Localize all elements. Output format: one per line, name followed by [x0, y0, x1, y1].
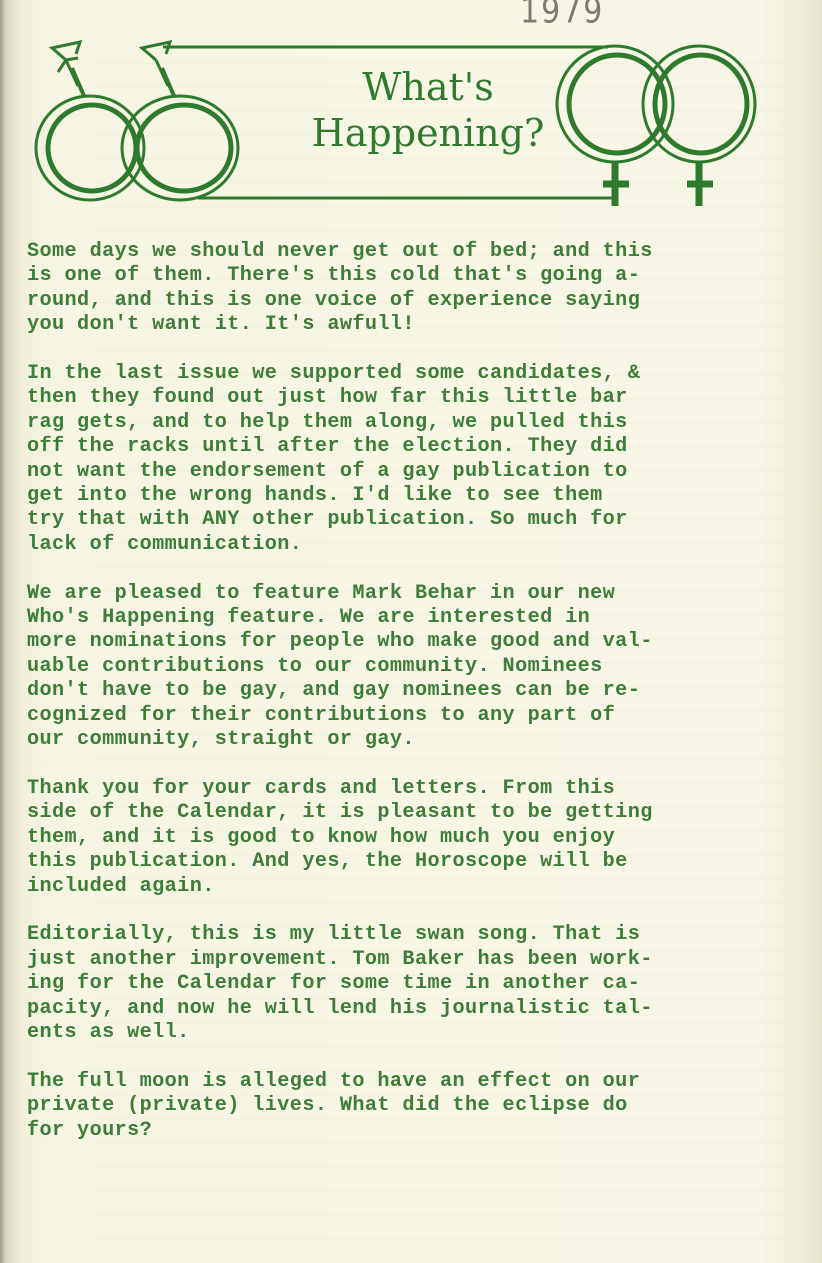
paragraph-whos-happening: We are pleased to feature Mark Behar in … [27, 582, 767, 753]
paragraph-swan-song: Editorially, this is my little swan song… [27, 923, 767, 1045]
title-line-2: Happening? [268, 110, 588, 156]
article-body: Some days we should never get out of bed… [27, 240, 767, 1167]
paragraph-candidates: In the last issue we supported some cand… [27, 362, 767, 557]
handwritten-year: 1979 [520, 0, 604, 32]
paragraph-thank-you: Thank you for your cards and letters. Fr… [27, 777, 767, 899]
masthead-title: What's Happening? [268, 64, 588, 156]
title-line-1: What's [268, 64, 588, 110]
paragraph-cold: Some days we should never get out of bed… [27, 240, 767, 338]
male-symbols-icon [28, 38, 248, 208]
paragraph-full-moon: The full moon is alleged to have an effe… [27, 1070, 767, 1143]
masthead-banner: What's Happening? [28, 38, 773, 208]
